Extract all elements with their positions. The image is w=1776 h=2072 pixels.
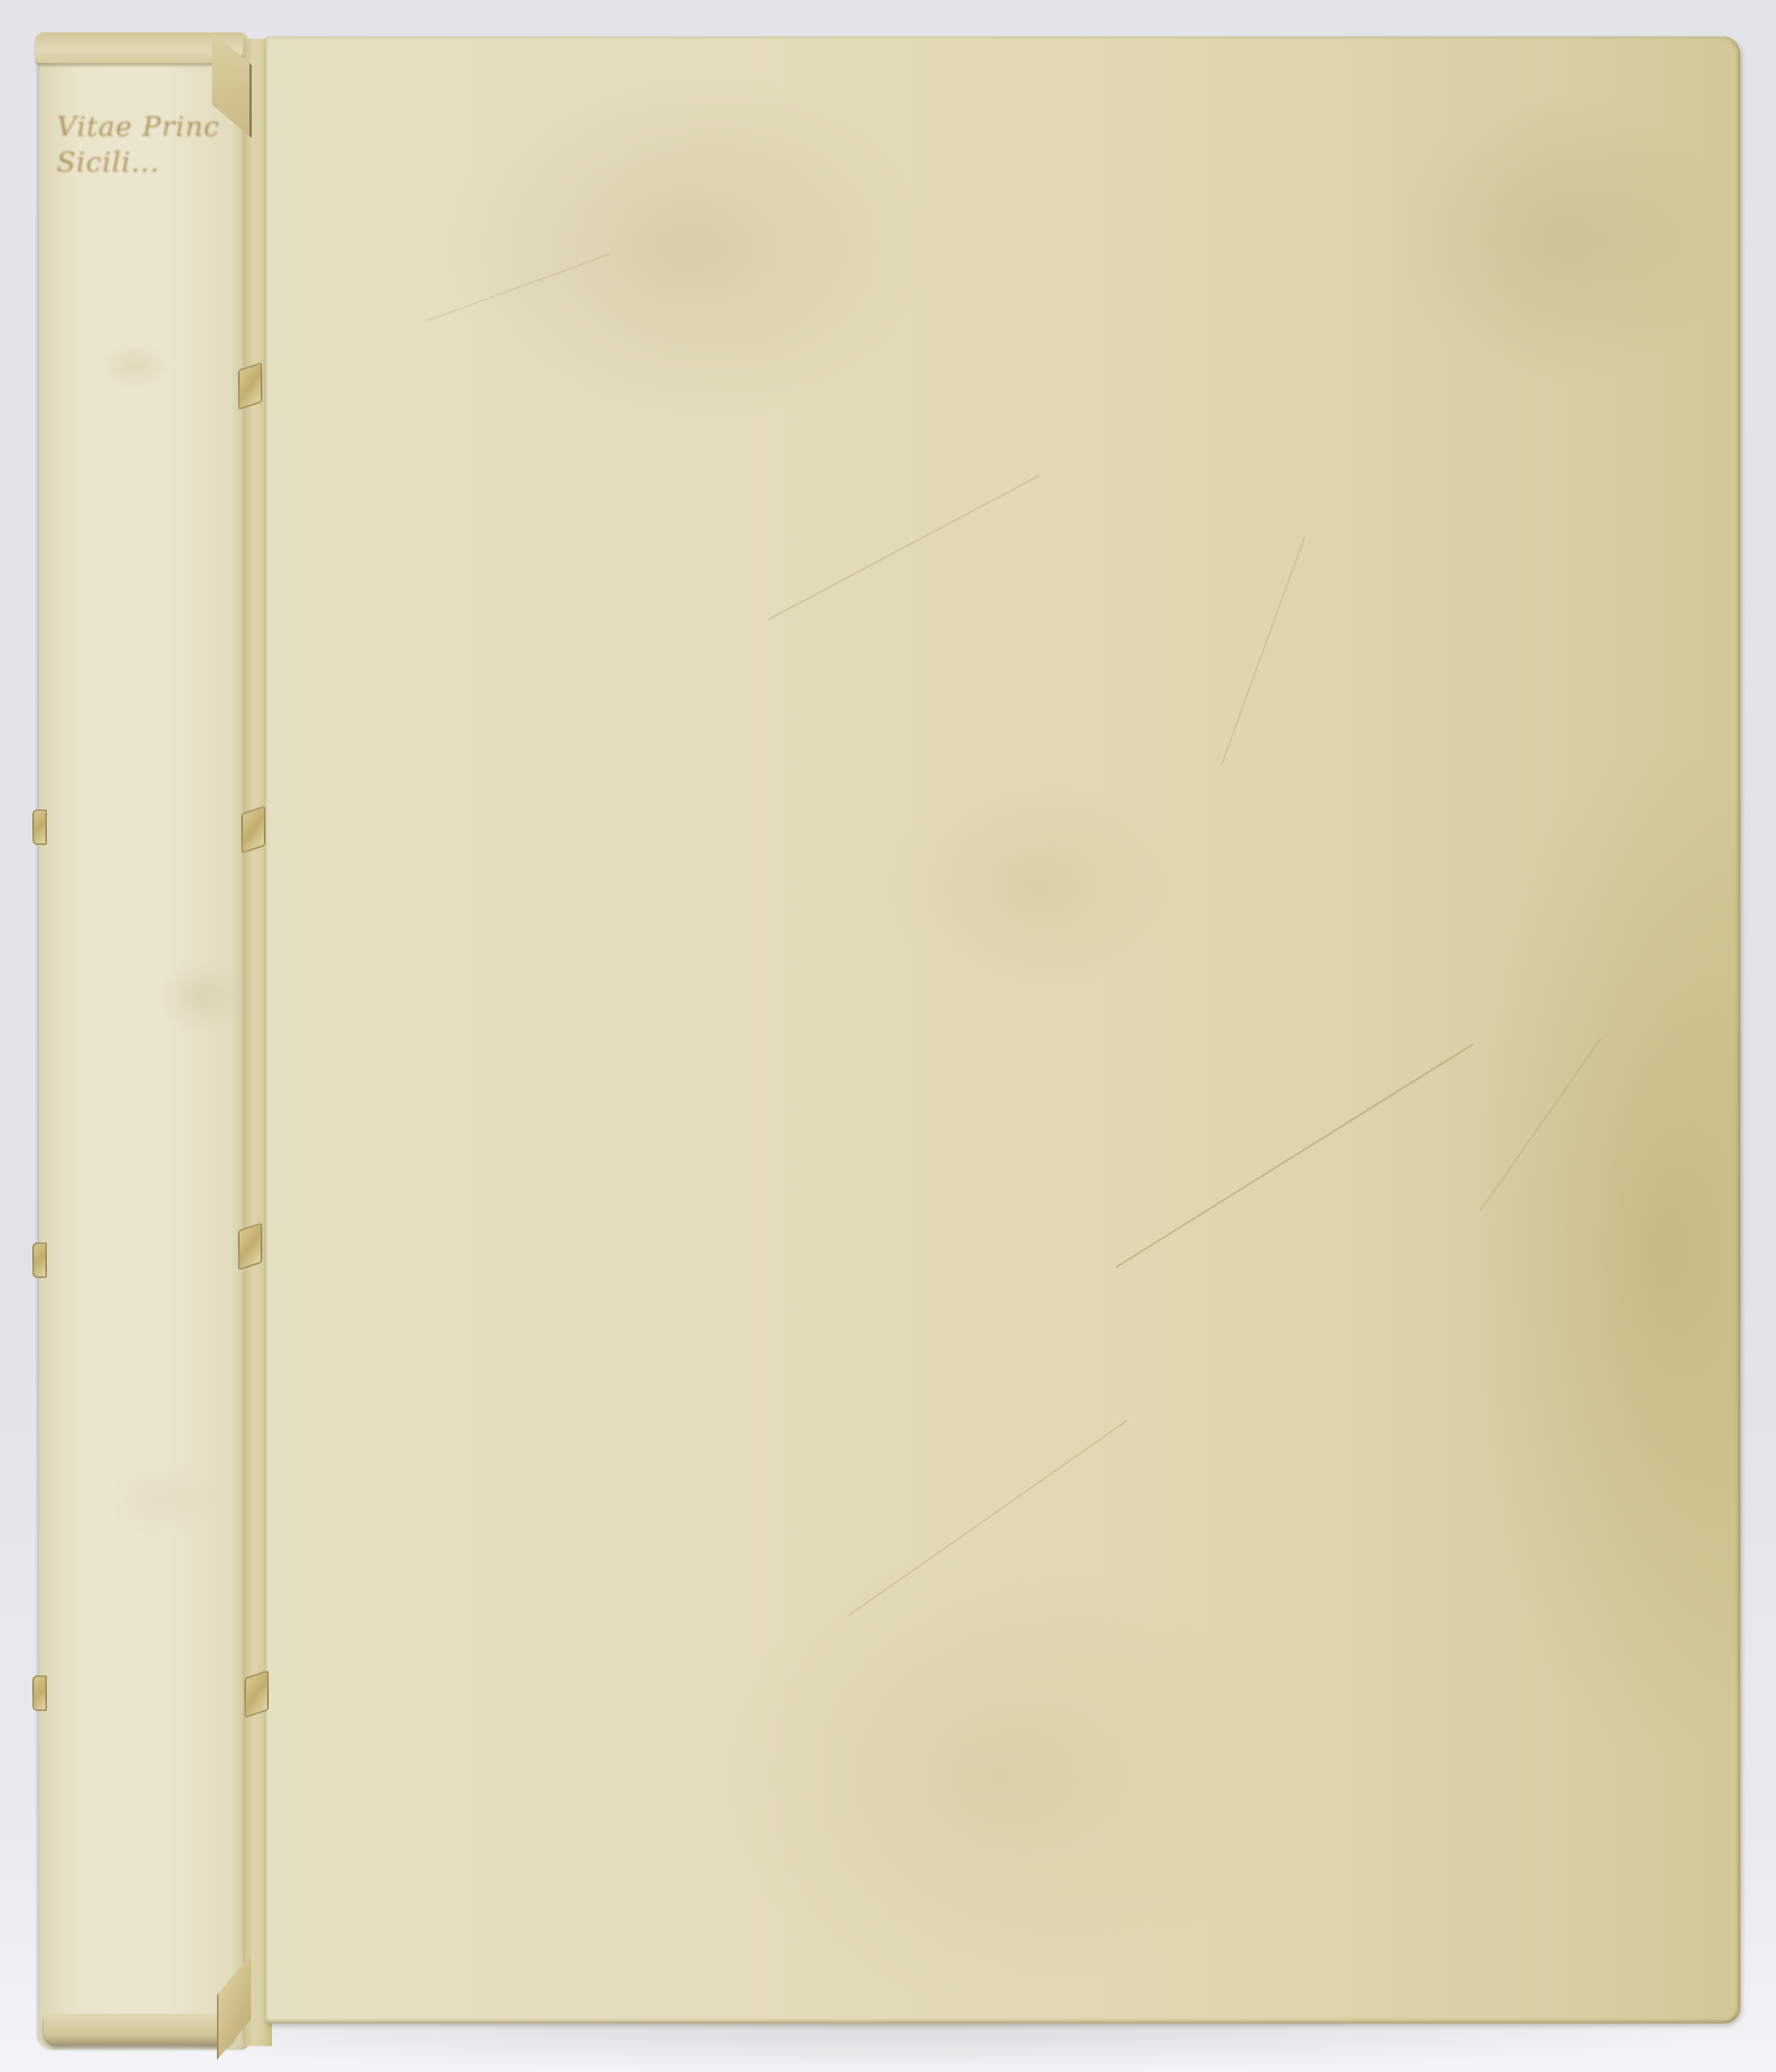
laced-thong-spine-side bbox=[32, 1242, 47, 1278]
spine-manuscript-title: Vitae Princ Sicili... bbox=[57, 109, 235, 180]
laced-thong bbox=[241, 805, 266, 854]
laced-thong bbox=[238, 1222, 262, 1271]
laced-thong bbox=[238, 362, 262, 410]
book-photograph: Vitae Princ Sicili... bbox=[0, 0, 1776, 2072]
vellum-crease bbox=[1480, 1038, 1602, 1211]
laced-thong-spine-side bbox=[32, 1675, 47, 1711]
vellum-crease bbox=[1115, 1043, 1473, 1267]
spine-title-line-2: Sicili... bbox=[57, 145, 235, 180]
book-spine bbox=[39, 42, 248, 2049]
vellum-crease bbox=[1221, 537, 1305, 766]
vellum-crease bbox=[767, 475, 1039, 621]
vellum-crease bbox=[848, 1420, 1128, 1616]
front-cover-board bbox=[266, 36, 1740, 2023]
spine-tailcap bbox=[44, 2014, 235, 2044]
laced-thong-spine-side bbox=[32, 809, 47, 845]
laced-thong bbox=[244, 1670, 269, 1718]
spine-title-line-1: Vitae Princ bbox=[57, 109, 235, 145]
vellum-crease bbox=[427, 253, 610, 321]
table-shadow bbox=[32, 2023, 1748, 2072]
